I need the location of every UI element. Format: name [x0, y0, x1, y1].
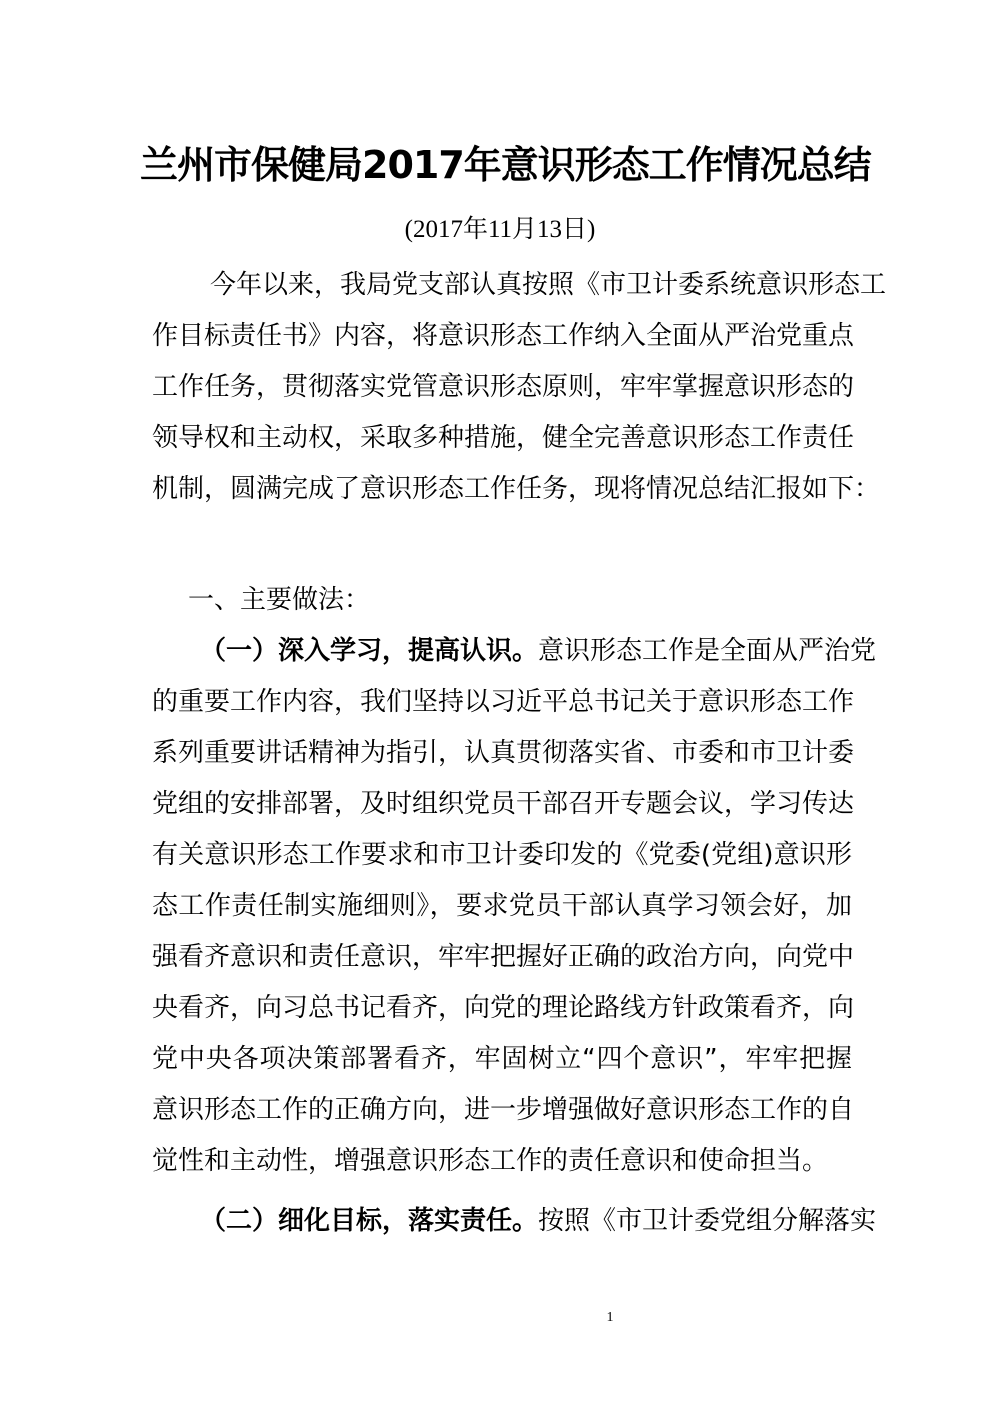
subsection-2-heading: （二）细化目标，落实责任。: [200, 1206, 538, 1236]
document-page: 兰州市保健局2017年意识形态工作情况总结 (2017年11月13日) 今年以来…: [0, 0, 1000, 1415]
subsection-1-line-4: 党组的安排部署，及时组织党员干部召开专题会议，学习传达: [152, 779, 852, 830]
intro-line-4: 领导权和主动权，采取多种措施，健全完善意识形态工作责任: [152, 413, 852, 464]
subsection-1-line-8: 央看齐，向习总书记看齐，向党的理论路线方针政策看齐，向: [152, 983, 852, 1034]
subsection-1-line-3: 系列重要讲话精神为指引，认真贯彻落实省、市委和市卫计委: [152, 728, 852, 779]
subsection-1-line-7: 强看齐意识和责任意识，牢牢把握好正确的政治方向，向党中: [152, 932, 852, 983]
page-number: 1: [600, 1308, 620, 1328]
intro-line-2: 作目标责任书》内容，将意识形态工作纳入全面从严治党重点: [152, 311, 852, 362]
subsection-1-line-9: 党中央各项决策部署看齐，牢固树立“四个意识”，牢牢把握: [152, 1034, 852, 1085]
subsection-1-line-11: 觉性和主动性，增强意识形态工作的责任意识和使命担当。: [152, 1136, 852, 1187]
subsection-1-line-10: 意识形态工作的正确方向，进一步增强做好意识形态工作的自: [152, 1085, 852, 1136]
subsection-1-first-text: 意识形态工作是全面从严治党: [538, 636, 876, 666]
subsection-1-heading: （一）深入学习，提高认识。: [200, 636, 538, 666]
document-date: (2017年11月13日): [140, 210, 860, 250]
document-title: 兰州市保健局2017年意识形态工作情况总结: [140, 140, 860, 190]
subsection-1-line-2: 的重要工作内容，我们坚持以习近平总书记关于意识形态工作: [152, 677, 852, 728]
intro-line-3: 工作任务，贯彻落实党管意识形态原则，牢牢掌握意识形态的: [152, 362, 852, 413]
subsection-1-line-6: 态工作责任制实施细则》，要求党员干部认真学习领会好，加: [152, 881, 852, 932]
intro-line-1: 今年以来，我局党支部认真按照《市卫计委系统意识形态工: [210, 260, 852, 311]
subsection-2-first-line: （二）细化目标，落实责任。按照《市卫计委党组分解落实: [200, 1196, 852, 1247]
section-heading: 一、主要做法：: [188, 575, 588, 626]
intro-line-5: 机制，圆满完成了意识形态工作任务，现将情况总结汇报如下：: [152, 464, 852, 515]
subsection-1-line-5: 有关意识形态工作要求和市卫计委印发的《党委(党组)意识形: [152, 830, 852, 881]
subsection-1-first-line: （一）深入学习，提高认识。意识形态工作是全面从严治党: [200, 626, 852, 677]
subsection-2-first-text: 按照《市卫计委党组分解落实: [538, 1206, 876, 1236]
